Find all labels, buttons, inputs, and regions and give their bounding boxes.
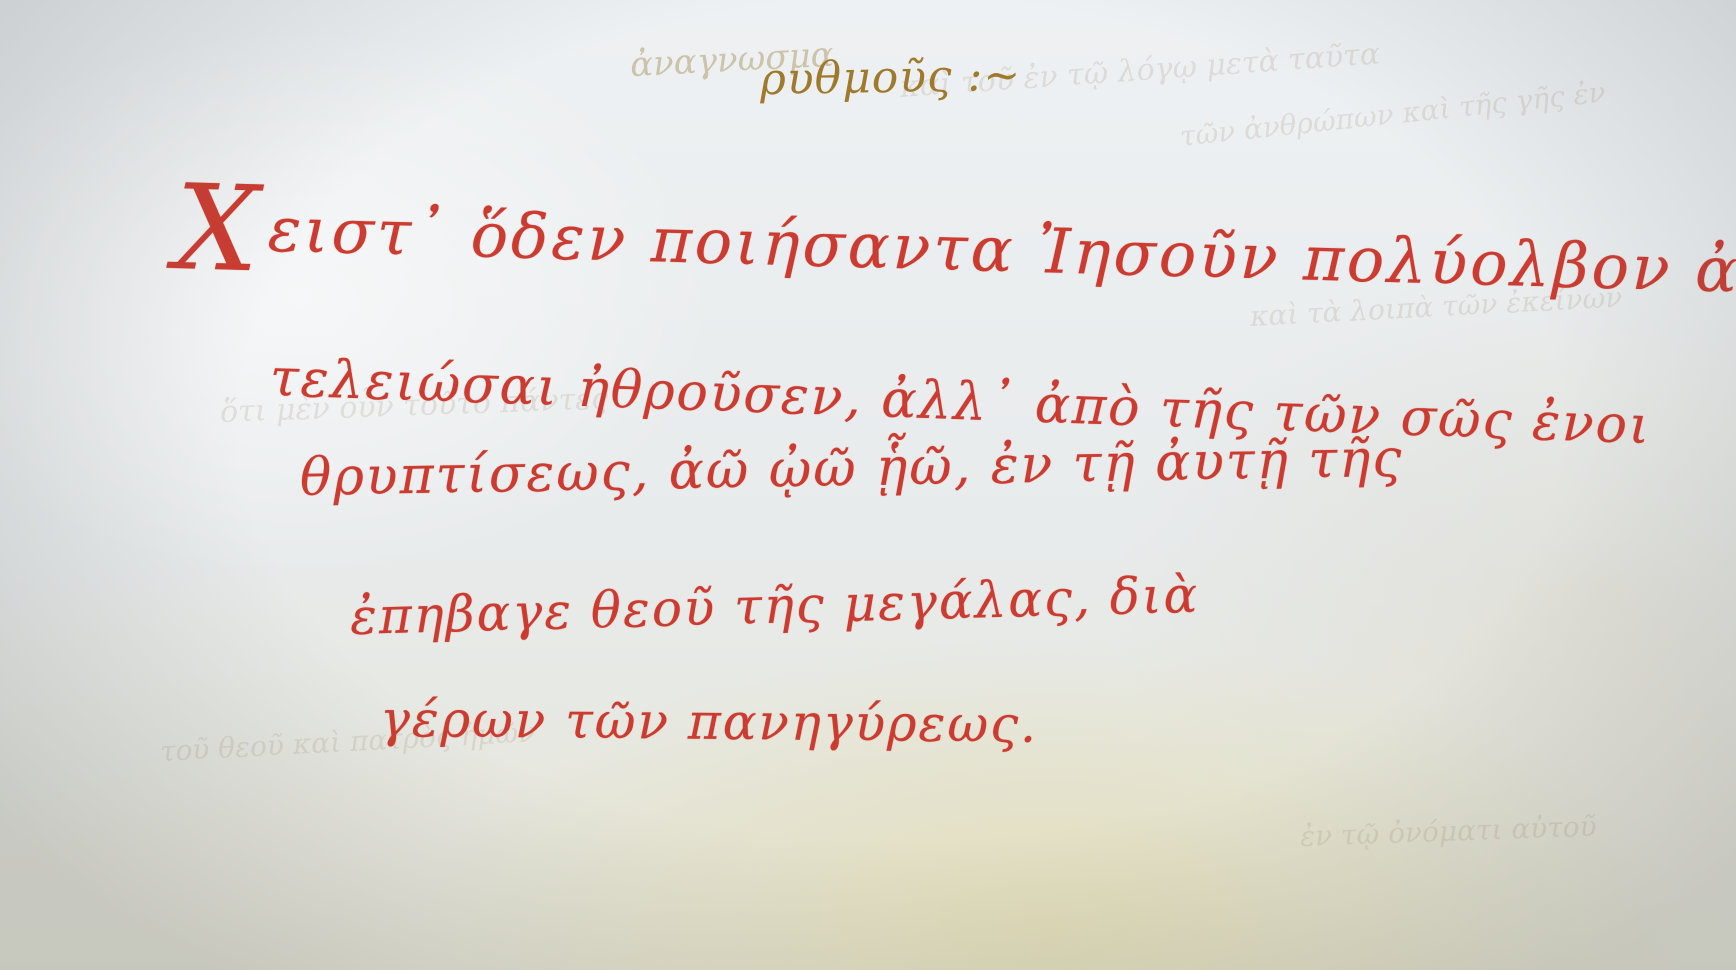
text-line-3: θρυπτίσεως, ἀῶ ᾠῶ ᾗῶ, ἐν τῇ ἀυτῇ τῆς (299, 429, 1403, 508)
bleed-through-text: ἐν τῷ ὀνόματι αὐτοῦ (1299, 810, 1597, 853)
manuscript-page: καὶ τοῦ ἐν τῷ λόγῳ μετὰ ταῦτα τῶν ἀνθρώπ… (0, 0, 1736, 970)
bleed-through-text: τῶν ἀνθρώπων καὶ τῆς γῆς ἐν (1178, 75, 1607, 153)
line-text: ειστ᾽ ὅδεν ποιήσαντα Ἰησοῦν πολύολβον ἀρ… (267, 193, 1736, 314)
text-line-1: Χειστ᾽ ὅδεν ποιήσαντα Ἰησοῦν πολύολβον ἀ… (173, 158, 1736, 347)
text-line-5: γέρων τῶν πανηγύρεως. (380, 690, 1039, 754)
text-line-4: ἐπηβαγε θεοῦ τῆς μεγάλας, διὰ (349, 566, 1200, 646)
header-word: ρυθμοῦς :~ (760, 50, 1022, 106)
decorated-initial: Χ (173, 158, 264, 298)
